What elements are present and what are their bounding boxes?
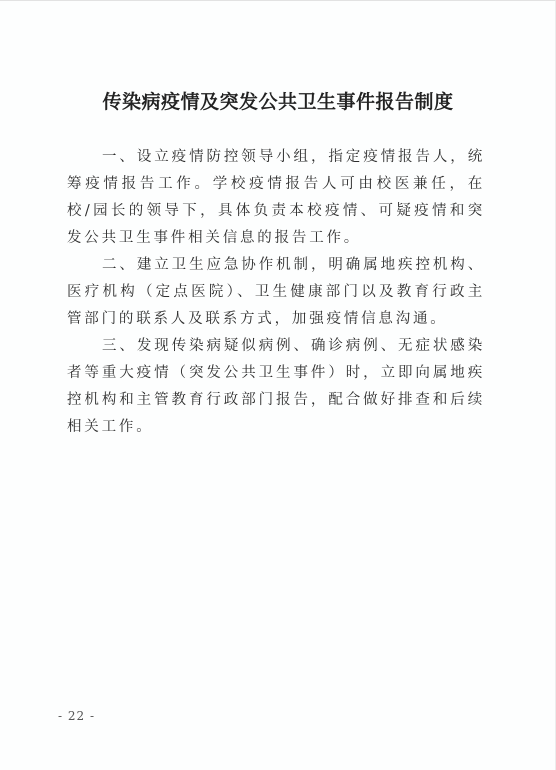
paragraph-1: 一、设立疫情防控领导小组，指定疫情报告人，统筹疫情报告工作。学校疫情报告人可由校… xyxy=(67,144,485,252)
document-body: 一、设立疫情防控领导小组，指定疫情报告人，统筹疫情报告工作。学校疫情报告人可由校… xyxy=(67,144,485,441)
paragraph-2: 二、建立卫生应急协作机制，明确属地疾控机构、医疗机构（定点医院）、卫生健康部门以… xyxy=(67,252,485,333)
paragraph-3: 三、发现传染病疑似病例、确诊病例、无症状感染者等重大疫情（突发公共卫生事件）时，… xyxy=(67,333,485,441)
document-page: 传染病疫情及突发公共卫生事件报告制度 一、设立疫情防控领导小组，指定疫情报告人，… xyxy=(0,0,556,770)
page-number: - 22 - xyxy=(58,709,95,723)
document-title: 传染病疫情及突发公共卫生事件报告制度 xyxy=(0,87,556,114)
